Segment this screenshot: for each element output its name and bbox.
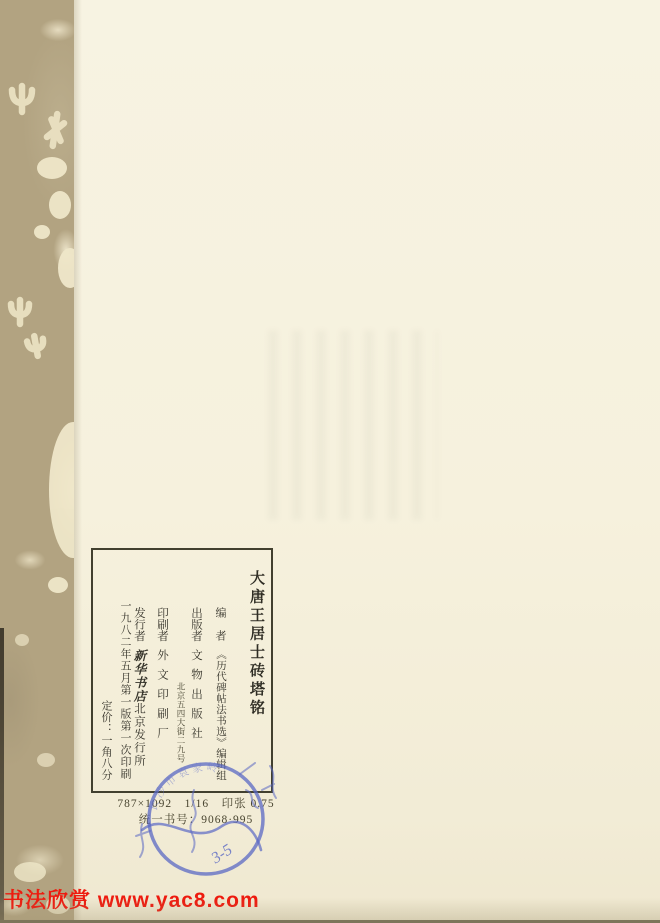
cover-strip [0,0,74,923]
page-show-through [268,330,438,520]
page-bottom-shade [0,898,660,920]
colophon-distributor-column: 发行者新华书店北京发行所 [133,607,146,768]
colophon-publisher-column: 出版者文物出版社 [190,607,202,746]
printer-label: 印刷者 [156,607,168,642]
stamp-wave-line [142,822,261,850]
publisher-value: 文物出版社 [190,649,202,747]
stamp-arc-text: 长沙市袁家岭 [146,760,221,813]
colophon-editor-column: 编 者《历代碑帖法书选》编辑组 [214,607,225,781]
publisher-address: 北京五四大街二九号 [177,682,186,763]
colophon-printer-column: 印刷者外文印刷厂 [156,607,168,746]
distributor-logo-script: 新华书店 [132,649,146,703]
distributor-value: 北京发行所 [133,703,145,768]
colophon-title: 大唐王居士砖塔铭 [248,570,263,718]
stamp-code: 3-5 [208,841,236,867]
printer-value: 外文印刷厂 [156,649,168,747]
scanned-book-back-page: 大唐王居士砖塔铭 编 者《历代碑帖法书选》编辑组 出版者文物出版社 北京五四大街… [0,0,660,923]
colophon-price-column: 定价：一角八分 [100,700,111,781]
publisher-label: 出版者 [190,607,202,642]
strip-edge-shadow [74,0,82,923]
book-spine-shadow [0,628,4,923]
seal-script-marks [0,0,74,923]
bookstore-stamp: 长沙市袁家岭 3-5 [128,760,288,882]
editor-label: 编 者 [214,607,226,642]
colophon-edition-column: 一九八二年五月第一版第一次印刷 [119,600,130,780]
colophon-box: 大唐王居士砖塔铭 编 者《历代碑帖法书选》编辑组 出版者文物出版社 北京五四大街… [91,548,273,793]
stamp-arc-text-holder: 长沙市袁家岭 [146,760,221,813]
distributor-label: 发行者 [133,607,145,642]
